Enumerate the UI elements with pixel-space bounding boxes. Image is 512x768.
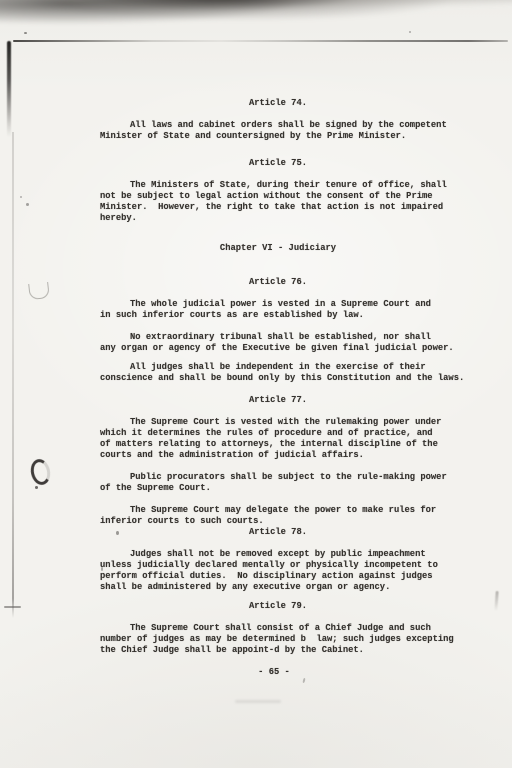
paper-speck: [26, 203, 29, 206]
paper-speck: [20, 196, 22, 198]
pen-dot-mark: [35, 486, 38, 489]
scan-left-edge-bar: [7, 41, 11, 137]
scan-left-tick-mark: [4, 606, 21, 608]
article-76-paragraph-2: No extraordinary tribunal shall be estab…: [100, 332, 472, 354]
article-76-paragraph-1: The whole judicial power is vested in a …: [100, 299, 472, 321]
scanned-document-page: Article 74. All laws and cabinet orders …: [0, 0, 512, 768]
article-78-heading: Article 78.: [92, 527, 464, 538]
paper-smudge: [235, 700, 281, 703]
page-number: - 65 -: [88, 667, 460, 678]
scan-left-fold-line: [12, 132, 14, 618]
pencil-u-mark: [28, 282, 50, 300]
article-79-heading: Article 79.: [92, 601, 464, 612]
article-75-heading: Article 75.: [92, 158, 464, 169]
article-77-paragraph-3: The Supreme Court may delegate the power…: [100, 505, 472, 527]
article-79-paragraph: The Supreme Court shall consist of a Chi…: [100, 623, 472, 656]
pen-crescent-mark: [29, 457, 53, 486]
right-margin-squiggle: [494, 591, 498, 611]
paper-speck: [409, 31, 411, 33]
document-text-column: Article 74. All laws and cabinet orders …: [100, 98, 472, 678]
paper-speck: [302, 678, 305, 683]
article-77-heading: Article 77.: [92, 395, 464, 406]
scan-horizontal-line: [13, 40, 508, 42]
article-74-paragraph: All laws and cabinet orders shall be sig…: [100, 120, 472, 142]
article-77-paragraph-2: Public procurators shall be subject to t…: [100, 472, 472, 494]
article-78-paragraph: Judges shall not be removed except by pu…: [100, 549, 472, 593]
article-76-paragraph-3: All judges shall be independent in the e…: [100, 362, 472, 384]
article-76-heading: Article 76.: [92, 277, 464, 288]
article-77-paragraph-1: The Supreme Court is vested with the rul…: [100, 417, 472, 461]
scan-noise-band: [0, 0, 512, 44]
article-75-paragraph: The Ministers of State, during their ten…: [100, 180, 472, 224]
paper-speck: [24, 32, 27, 34]
article-74-heading: Article 74.: [92, 98, 464, 109]
chapter-6-heading: Chapter VI - Judiciary: [92, 243, 464, 254]
